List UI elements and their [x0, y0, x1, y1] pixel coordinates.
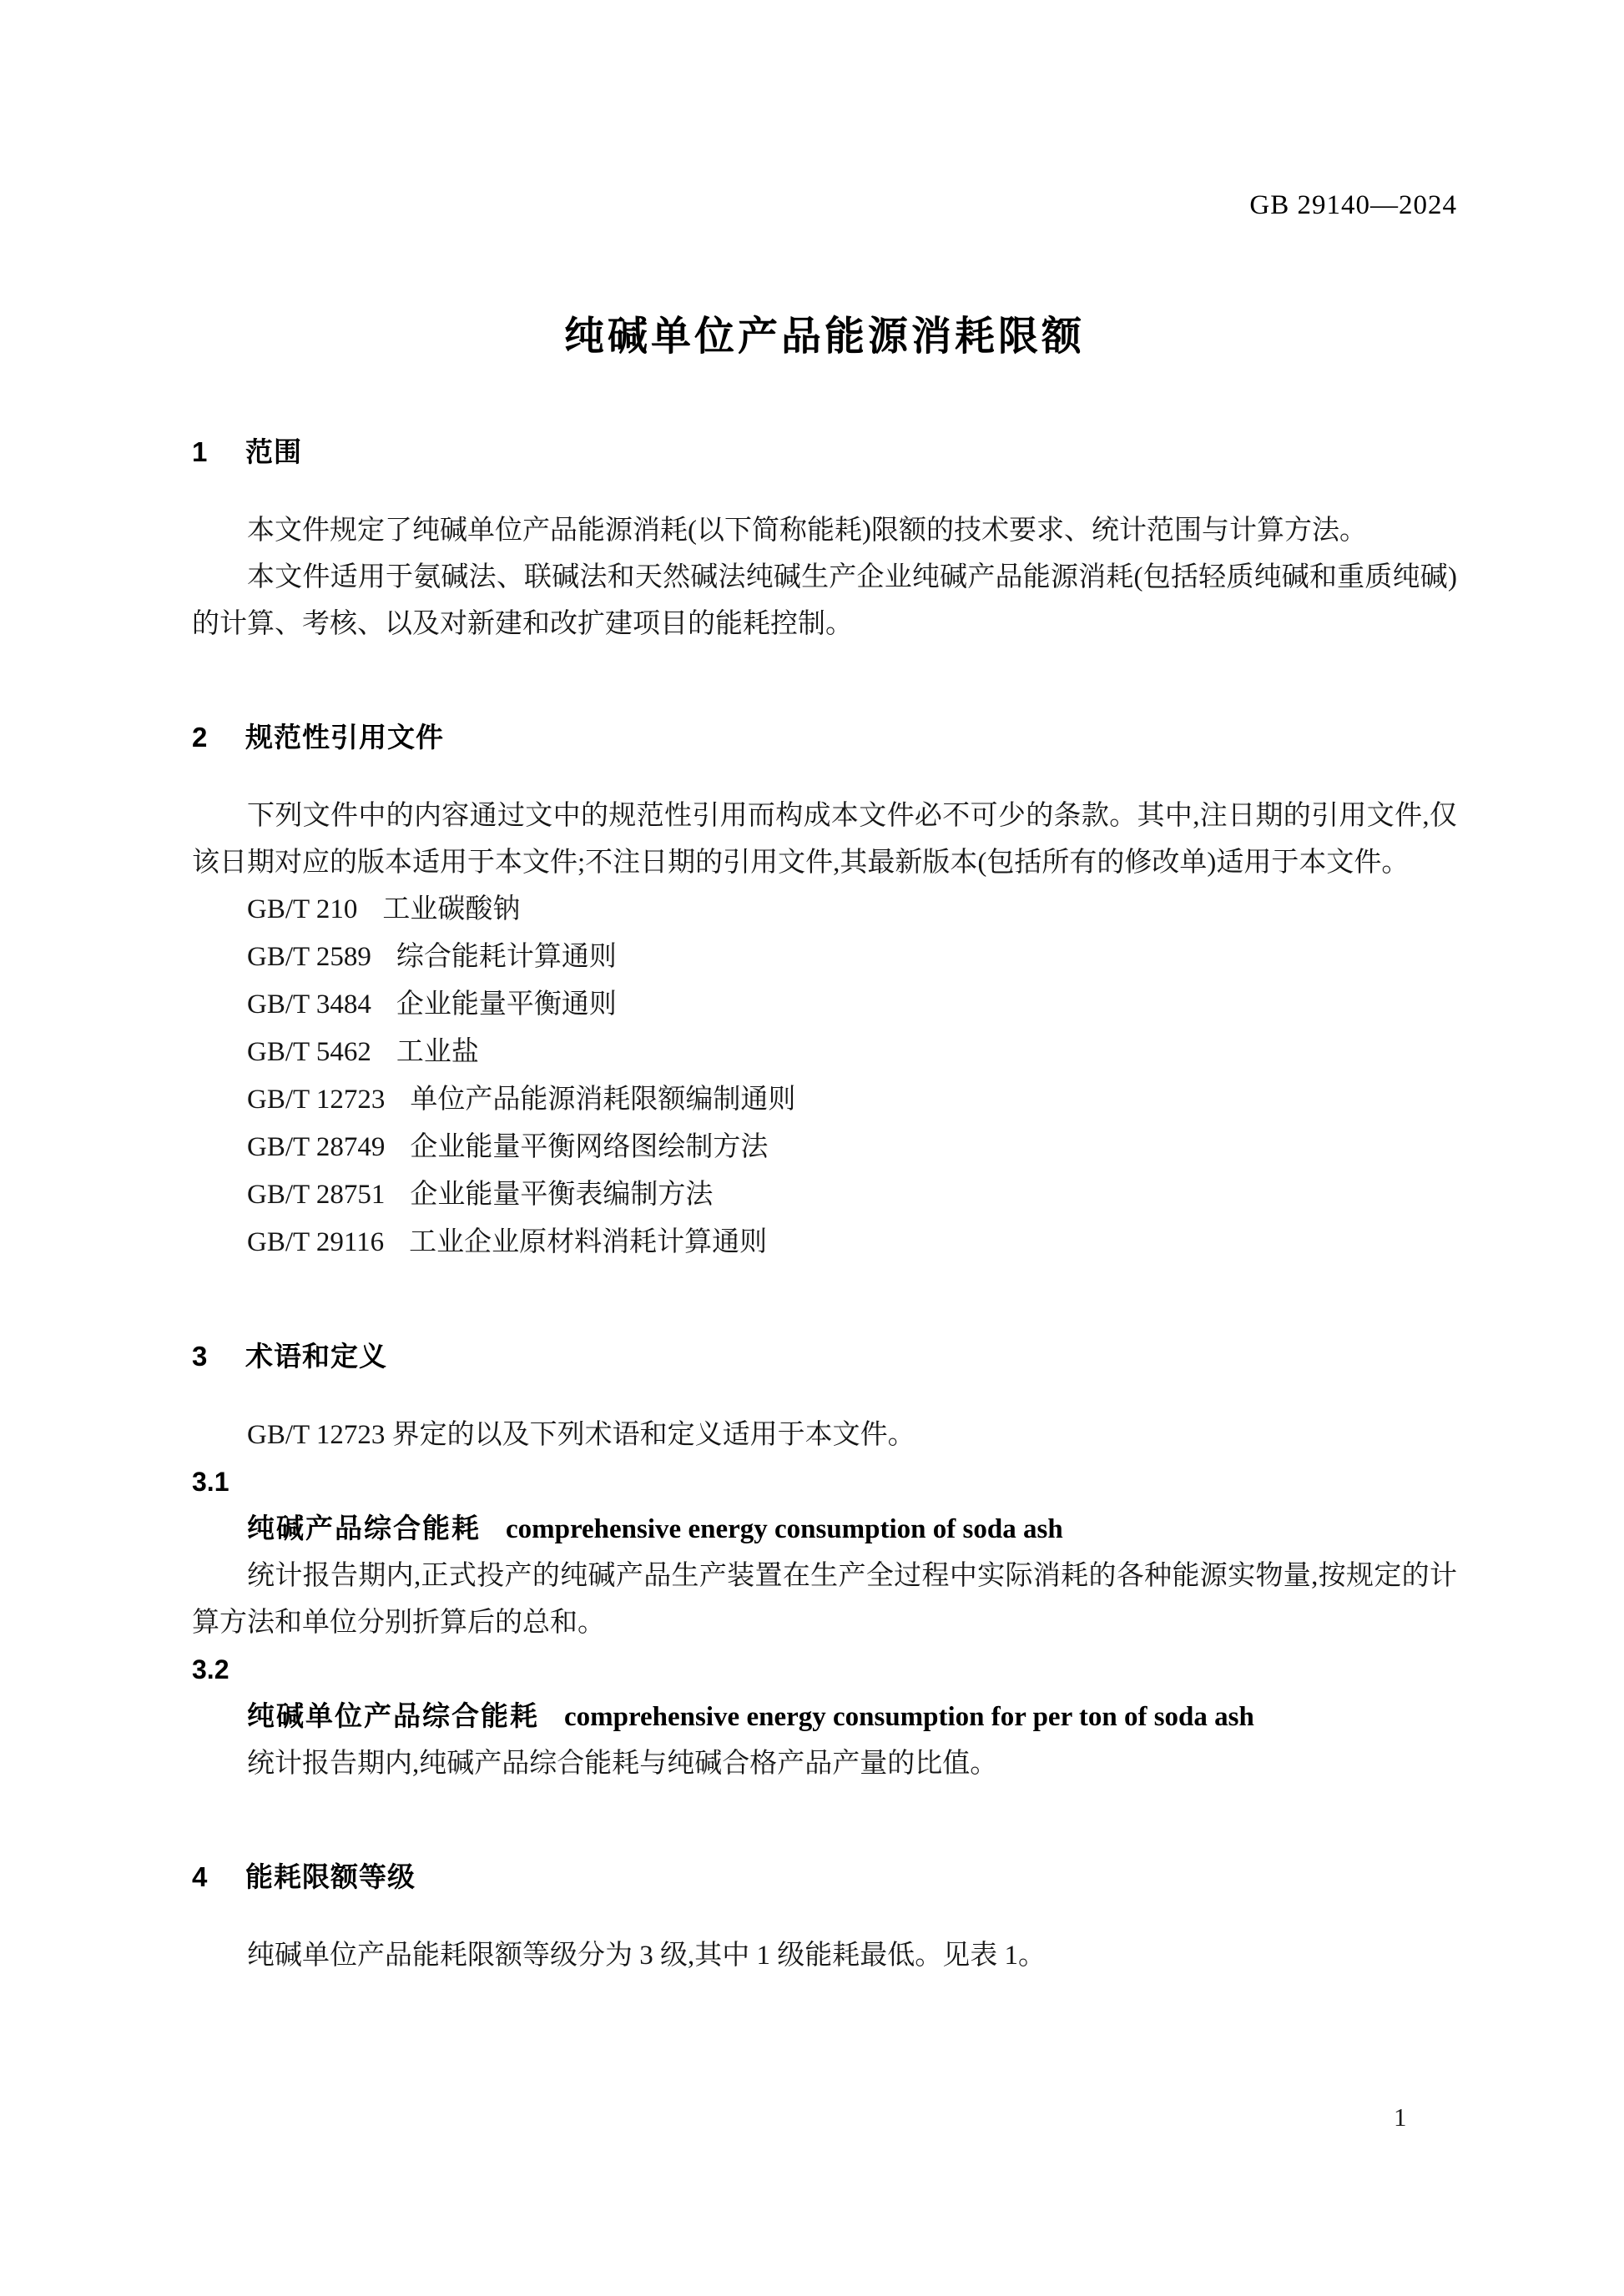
reference-item: GB/T 5462工业盐 — [192, 1029, 1457, 1076]
section-2-heading: 2规范性引用文件 — [192, 721, 1457, 754]
document-title: 纯碱单位产品能源消耗限额 — [192, 312, 1457, 362]
term-3-2-definition: 统计报告期内,纯碱产品综合能耗与纯碱合格产品产量的比值。 — [192, 1740, 1457, 1787]
reference-item: GB/T 3484企业能量平衡通则 — [192, 981, 1457, 1029]
section-2-number: 2 — [192, 721, 245, 754]
grades-paragraph: 纯碱单位产品能耗限额等级分为 3 级,其中 1 级能耗最低。见表 1。 — [192, 1932, 1457, 1979]
term-3-2: 纯碱单位产品综合能耗comprehensive energy consumpti… — [192, 1693, 1457, 1740]
term-3-2-en: comprehensive energy consumption for per… — [564, 1702, 1254, 1732]
scope-paragraph-1: 本文件规定了纯碱单位产品能源消耗(以下简称能耗)限额的技术要求、统计范围与计算方… — [192, 507, 1457, 554]
reference-code: GB/T 29116 — [247, 1227, 384, 1257]
reference-item: GB/T 210工业碳酸钠 — [192, 886, 1457, 934]
section-1-number: 1 — [192, 436, 245, 469]
section-3-heading: 3术语和定义 — [192, 1340, 1457, 1373]
section-4-number: 4 — [192, 1860, 245, 1894]
reference-title: 单位产品能源消耗限额编制通则 — [410, 1085, 795, 1115]
reference-code: GB/T 12723 — [247, 1085, 385, 1115]
references-intro: 下列文件中的内容通过文中的规范性引用而构成本文件必不可少的条款。其中,注日期的引… — [192, 793, 1457, 886]
reference-code: GB/T 3484 — [247, 989, 371, 1020]
reference-title: 企业能量平衡表编制方法 — [410, 1180, 713, 1210]
reference-code: GB/T 5462 — [247, 1037, 371, 1067]
section-4-title: 能耗限额等级 — [245, 1861, 416, 1892]
reference-item: GB/T 2589综合能耗计算通则 — [192, 934, 1457, 981]
reference-title: 企业能量平衡网络图绘制方法 — [410, 1132, 768, 1162]
reference-item: GB/T 28749企业能量平衡网络图绘制方法 — [192, 1124, 1457, 1171]
section-3-title: 术语和定义 — [245, 1341, 387, 1372]
section-normative-references: 2规范性引用文件 下列文件中的内容通过文中的规范性引用而构成本文件必不可少的条款… — [192, 721, 1457, 1266]
clause-number-3-1: 3.1 — [192, 1458, 1457, 1505]
section-2-title: 规范性引用文件 — [245, 722, 444, 753]
reference-title: 综合能耗计算通则 — [396, 942, 617, 972]
reference-title: 工业企业原材料消耗计算通则 — [409, 1227, 767, 1257]
term-3-1-zh: 纯碱产品综合能耗 — [247, 1513, 481, 1543]
scope-paragraph-2: 本文件适用于氨碱法、联碱法和天然碱法纯碱生产企业纯碱产品能源消耗(包括轻质纯碱和… — [192, 554, 1457, 647]
term-3-1-en: comprehensive energy consumption of soda… — [506, 1514, 1063, 1544]
terms-intro: GB/T 12723 界定的以及下列术语和定义适用于本文件。 — [192, 1412, 1457, 1458]
term-3-2-zh: 纯碱单位产品综合能耗 — [247, 1700, 539, 1731]
reference-item: GB/T 12723单位产品能源消耗限额编制通则 — [192, 1076, 1457, 1124]
section-energy-limit-grades: 4能耗限额等级 纯碱单位产品能耗限额等级分为 3 级,其中 1 级能耗最低。见表… — [192, 1860, 1457, 1979]
reference-title: 企业能量平衡通则 — [396, 989, 617, 1020]
reference-title: 工业碳酸钠 — [382, 894, 520, 924]
reference-code: GB/T 2589 — [247, 942, 371, 972]
reference-code: GB/T 28751 — [247, 1180, 385, 1210]
reference-code: GB/T 28749 — [247, 1132, 385, 1162]
clause-number-3-2: 3.2 — [192, 1646, 1457, 1693]
term-3-1: 纯碱产品综合能耗comprehensive energy consumption… — [192, 1505, 1457, 1553]
standard-number: GB 29140—2024 — [192, 190, 1457, 220]
document-page: GB 29140—2024 纯碱单位产品能源消耗限额 1范围 本文件规定了纯碱单… — [0, 0, 1624, 2296]
term-3-1-definition: 统计报告期内,正式投产的纯碱产品生产装置在生产全过程中实际消耗的各种能源实物量,… — [192, 1553, 1457, 1646]
section-1-heading: 1范围 — [192, 436, 1457, 469]
section-4-heading: 4能耗限额等级 — [192, 1860, 1457, 1894]
reference-title: 工业盐 — [396, 1037, 479, 1067]
section-scope: 1范围 本文件规定了纯碱单位产品能源消耗(以下简称能耗)限额的技术要求、统计范围… — [192, 436, 1457, 647]
reference-code: GB/T 210 — [247, 894, 357, 924]
section-3-number: 3 — [192, 1340, 245, 1373]
section-terms-definitions: 3术语和定义 GB/T 12723 界定的以及下列术语和定义适用于本文件。 3.… — [192, 1340, 1457, 1787]
reference-item: GB/T 28751企业能量平衡表编制方法 — [192, 1171, 1457, 1219]
reference-item: GB/T 29116工业企业原材料消耗计算通则 — [192, 1219, 1457, 1266]
page-number: 1 — [1394, 2102, 1407, 2132]
section-1-title: 范围 — [245, 436, 302, 467]
